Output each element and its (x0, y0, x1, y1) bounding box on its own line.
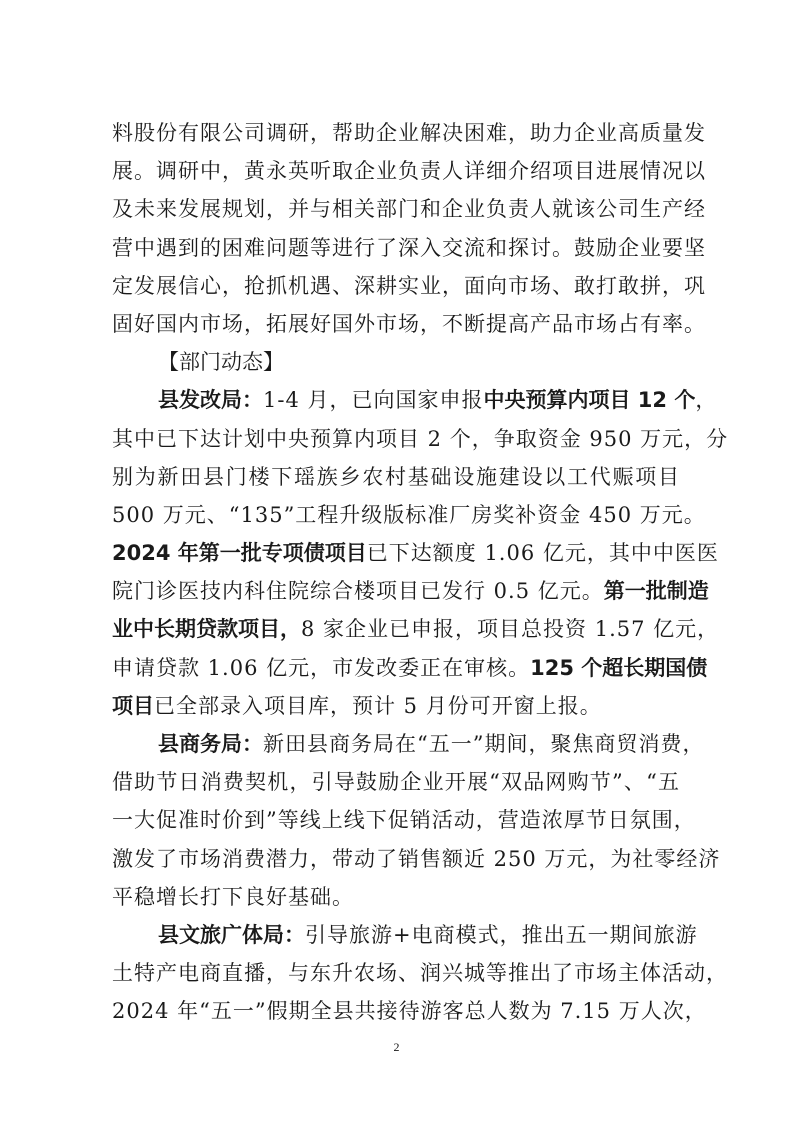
body-line: 展。调研中，黄永英听取企业负责人详细介绍项目进展情况以 (112, 152, 680, 190)
body-line: 固好国内市场，拓展好国外市场，不断提高产品市场占有率。 (112, 305, 680, 343)
dept-label-wenlvju: 县文旅广体局： (158, 923, 305, 947)
wenlvju-line-2: 土特产电商直播，与东升农场、润兴城等推出了市场主体活动， (112, 954, 680, 992)
fagaiju-line-5: 2024 年第一批专项债项目已下达额度 1.06 亿元，其中中医医 (112, 534, 680, 572)
wenlvju-line-1: 县文旅广体局：引导旅游+电商模式，推出五一期间旅游 (112, 916, 680, 954)
fagaiju-line-9: 项目已全部录入项目库，预计 5 月份可开窗上报。 (112, 687, 680, 725)
text: 已全部录入项目库，预计 5 月份可开窗上报。 (154, 694, 602, 718)
shangwuju-line-3: 一大促准时价到”等线上线下促销活动，营造浓厚节日氛围， (112, 801, 680, 839)
text: 8 家企业已申报，项目总投资 1.57 亿元， (301, 617, 719, 641)
text: 申请贷款 1.06 亿元，市发改委正在审核。 (112, 656, 530, 680)
text: ， (695, 388, 717, 412)
text: 已下达额度 1.06 亿元，其中中医医 (367, 541, 719, 565)
fagaiju-line-3: 别为新田县门楼下瑶族乡农村基础设施建设以工代赈项目 (112, 458, 680, 496)
body-line: 料股份有限公司调研，帮助企业解决困难，助力企业高质量发 (112, 114, 680, 152)
text: 引导旅游+电商模式，推出五一期间旅游 (305, 923, 698, 947)
bold-text: 业中长期贷款项目， (112, 617, 301, 641)
section-heading: 【部门动态】 (112, 343, 680, 381)
page-number: 2 (0, 1040, 793, 1055)
fagaiju-line-7: 业中长期贷款项目，8 家企业已申报，项目总投资 1.57 亿元， (112, 610, 680, 648)
wenlvju-line-3: 2024 年“五一”假期全县共接待游客总人数为 7.15 万人次， (112, 992, 680, 1030)
shangwuju-line-2: 借助节日消费契机，引导鼓励企业开展“双品网购节”、“五 (112, 763, 680, 801)
body-line: 定发展信心，抢抓机遇、深耕实业，面向市场、敢打敢拼，巩 (112, 267, 680, 305)
bold-text: 项目 (112, 694, 154, 718)
bold-text: 中央预算内项目 12 个 (484, 388, 696, 412)
shangwuju-line-4: 激发了市场消费潜力，带动了销售额近 250 万元，为社零经济 (112, 840, 680, 878)
text: 院门诊医技内科住院综合楼项目已发行 0.5 亿元。 (112, 579, 604, 603)
shangwuju-line-1: 县商务局：新田县商务局在“五一”期间，聚焦商贸消费， (112, 725, 680, 763)
fagaiju-line-4: 500 万元、“135”工程升级版标准厂房奖补资金 450 万元。 (112, 496, 680, 534)
fagaiju-line-2: 其中已下达计划中央预算内项目 2 个，争取资金 950 万元，分 (112, 420, 680, 458)
document-page: 料股份有限公司调研，帮助企业解决困难，助力企业高质量发 展。调研中，黄永英听取企… (112, 114, 680, 1031)
body-line: 营中遇到的困难问题等进行了深入交流和探讨。鼓励企业要坚 (112, 229, 680, 267)
dept-label-shangwuju: 县商务局： (158, 732, 263, 756)
bold-text: 125 个超长期国债 (530, 656, 707, 680)
fagaiju-line-8: 申请贷款 1.06 亿元，市发改委正在审核。125 个超长期国债 (112, 649, 680, 687)
text: 新田县商务局在“五一”期间，聚焦商贸消费， (263, 732, 704, 756)
bold-text: 第一批制造 (604, 579, 709, 603)
fagaiju-line-1: 县发改局：1-4 月，已向国家申报中央预算内项目 12 个， (112, 381, 680, 419)
body-line: 及未来发展规划，并与相关部门和企业负责人就该公司生产经 (112, 190, 680, 228)
shangwuju-line-5: 平稳增长打下良好基础。 (112, 878, 680, 916)
dept-label-fagaiju: 县发改局： (158, 388, 263, 412)
text: 1-4 月，已向国家申报 (263, 388, 484, 412)
bold-text: 2024 年第一批专项债项目 (112, 541, 367, 565)
fagaiju-line-6: 院门诊医技内科住院综合楼项目已发行 0.5 亿元。第一批制造 (112, 572, 680, 610)
